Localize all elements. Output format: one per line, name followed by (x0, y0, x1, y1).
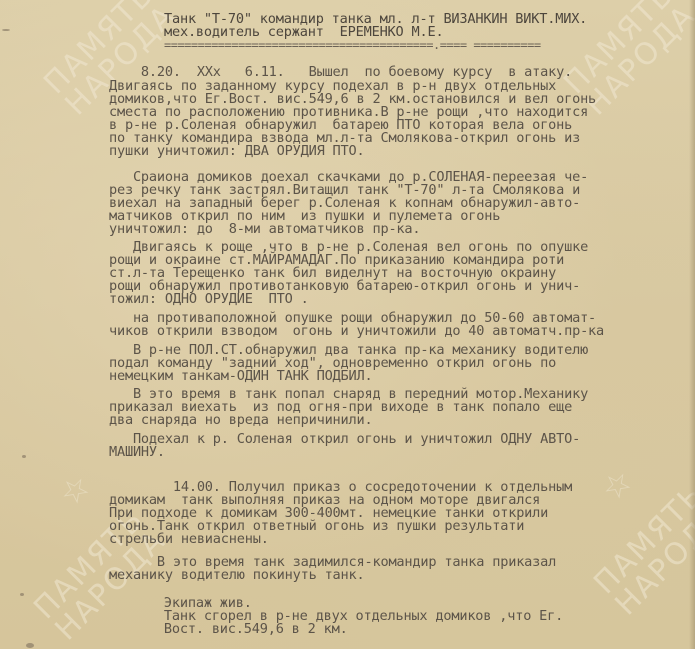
text-line: уничтожил: до 8-ми автоматчиков пр-ка. (109, 222, 420, 236)
text-line: механику водителю покинуть танк. (109, 568, 365, 582)
text-line: МАШИНУ. (109, 445, 165, 459)
watermark-text: ПАМЯТЬ (589, 479, 695, 600)
text-line: 8.20. ХХх 6.11. Вышел по боевому курсу в… (109, 65, 572, 79)
text-line: чиков открили взводом огонь и уничтожили… (109, 324, 604, 338)
ink-speck (22, 455, 26, 458)
paper-edge (689, 0, 695, 649)
text-line: тожил: ОДНО ОРУДИЕ ПТО . (109, 292, 309, 306)
text-line: два снаряда но вреда непричинили. (109, 413, 372, 427)
ink-speck (26, 643, 34, 648)
header-rule: ========================================… (164, 41, 541, 49)
text-line: пушки уничтожил: ДВА ОРУДИЯ ПТО. (109, 144, 365, 158)
header-crew-driver: мех.водитель сержант ЕРЕМЕНКО М.Е. (164, 25, 443, 39)
text-line: Вост. вис.549,6 в 2 км. (124, 622, 348, 636)
watermark-text: НАРОДА (581, 0, 695, 121)
star-watermark-icon: ☆ (585, 453, 643, 511)
ink-speck (20, 593, 24, 596)
text-line: немецким танкам-ОДИН ТАНК ПОДБИЛ. (109, 369, 372, 383)
text-line: Подехал к р. Соленая открил огонь и унич… (109, 432, 580, 446)
watermark-text: НАРОДА (611, 500, 695, 621)
text-line: стрельби невиаснены. (109, 532, 269, 546)
ink-speck (2, 29, 10, 31)
watermark-bottom-right: ПАМЯТЬ НАРОДА (589, 479, 695, 621)
archival-document-page: ПАМЯТЬ НАРОДА ПАМЯТЬ НАРОДА ☆ ПАМЯТЬ НАР… (0, 0, 695, 649)
star-watermark-icon: ☆ (43, 458, 101, 516)
